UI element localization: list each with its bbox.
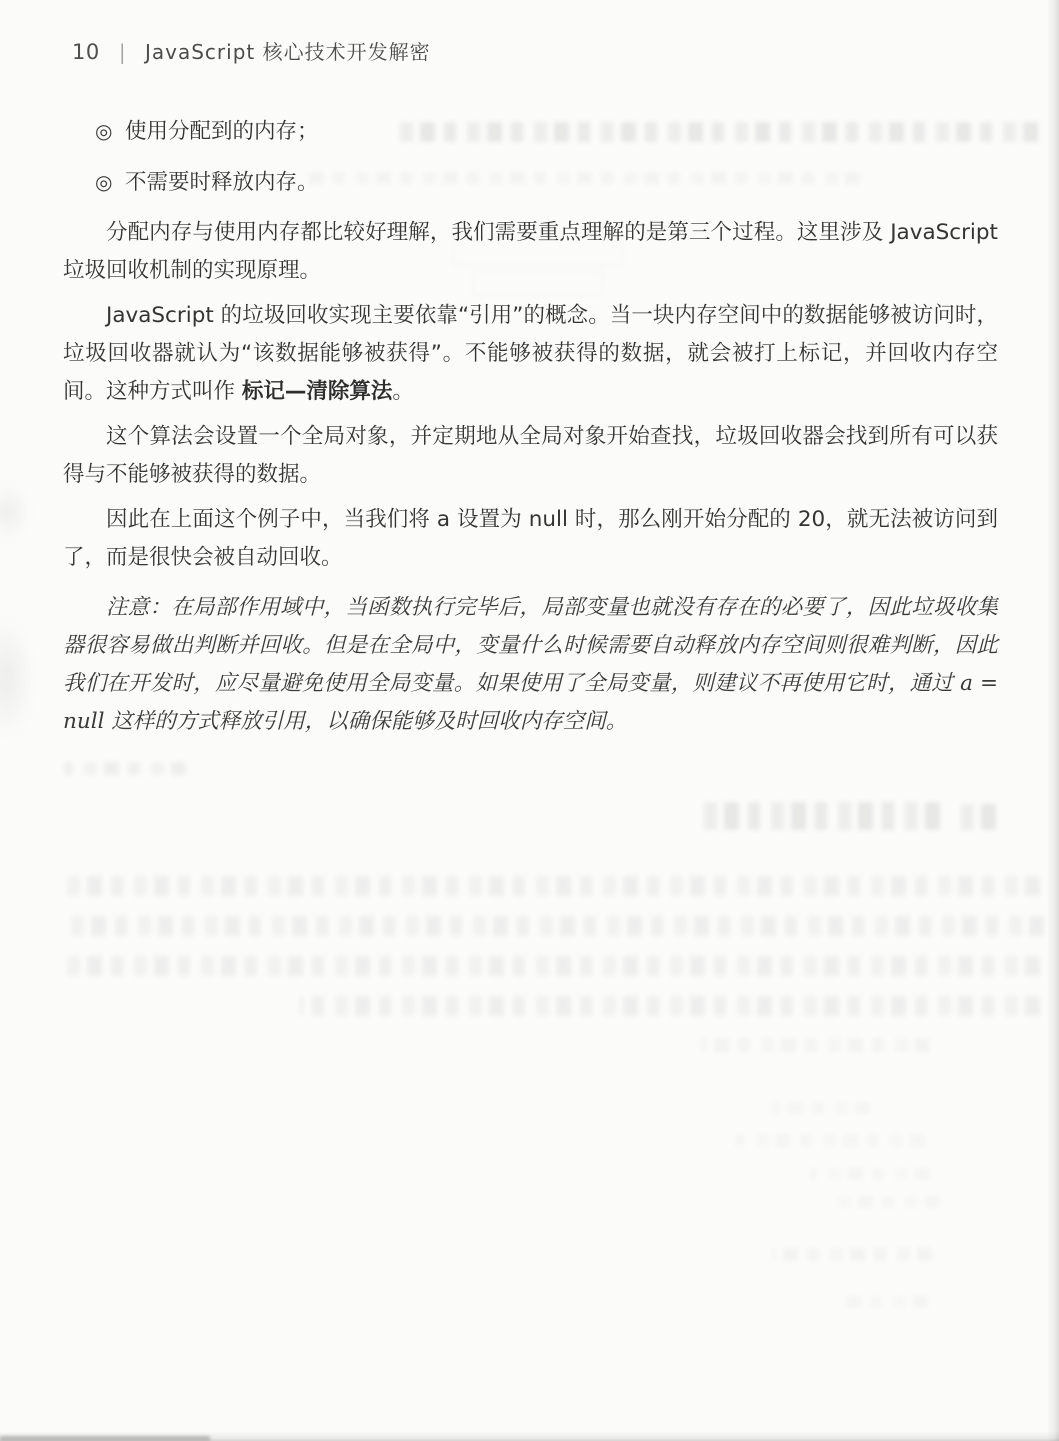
- paragraph-text: 因此在上面这个例子中，当我们将 a 设置为 null 时，那么刚开始分配的 20…: [63, 507, 998, 570]
- bleed-through-heading: [952, 804, 996, 830]
- scan-edge-right: [1047, 0, 1059, 1441]
- bleed-through-line: [62, 876, 1040, 896]
- paragraph-text: 分配内存与使用内存都比较好理解，我们需要重点理解的是第三个过程。这里涉及 Jav…: [63, 220, 998, 283]
- bleed-through-fragment: [830, 1196, 940, 1208]
- book-page-scan: 10 | JavaScript 核心技术开发解密 ◎ 使用分配到的内存； ◎ 不…: [0, 0, 1059, 1441]
- paragraph: 这个算法会设置一个全局对象，并定期地从全局对象开始查找，垃圾回收器会找到所有可以…: [63, 418, 998, 494]
- page-content: ◎ 使用分配到的内存； ◎ 不需要时释放内存。 分配内存与使用内存都比较好理解，…: [63, 106, 998, 763]
- bleed-through-heading: [700, 802, 940, 830]
- list-item: ◎ 使用分配到的内存；: [95, 112, 998, 151]
- paragraph-text: JavaScript 的垃圾回收实现主要依靠“引用”的概念。当一块内存空间中的数…: [63, 303, 998, 404]
- bleed-through-fragment: [64, 762, 186, 775]
- page-number: 10: [72, 40, 100, 64]
- paragraph-text: 。: [392, 379, 414, 404]
- note-label: 注意：: [106, 595, 171, 620]
- paragraph: 分配内存与使用内存都比较好理解，我们需要重点理解的是第三个过程。这里涉及 Jav…: [63, 214, 998, 290]
- bleed-through-fragment: [735, 1134, 925, 1147]
- bleed-through-fragment: [772, 1248, 932, 1261]
- scan-edge-bottom-left: [0, 1436, 210, 1441]
- bleed-through-fragment: [810, 1168, 930, 1180]
- scan-smudge: [0, 486, 28, 538]
- bullet-icon: ◎: [95, 112, 125, 150]
- bleed-through-fragment: [838, 1296, 928, 1308]
- bullet-text: 使用分配到的内存；: [125, 113, 319, 151]
- paragraph: 因此在上面这个例子中，当我们将 a 设置为 null 时，那么刚开始分配的 20…: [63, 501, 998, 577]
- scan-smudge: [0, 618, 32, 738]
- running-head: 10 | JavaScript 核心技术开发解密: [72, 36, 431, 65]
- scan-edge-bottom: [0, 1431, 1059, 1441]
- paragraph: JavaScript 的垃圾回收实现主要依靠“引用”的概念。当一块内存空间中的数…: [63, 297, 998, 411]
- bleed-through-fragment: [700, 1038, 930, 1052]
- bullet-icon: ◎: [95, 163, 125, 201]
- bold-term: 标记—清除算法: [242, 379, 393, 404]
- bleed-through-line: [60, 916, 1044, 936]
- bleed-through-fragment: [770, 1102, 870, 1114]
- paragraph-text: 这个算法会设置一个全局对象，并定期地从全局对象开始查找，垃圾回收器会找到所有可以…: [63, 424, 998, 487]
- bullet-text: 不需要时释放内存。: [125, 164, 319, 202]
- list-item: ◎ 不需要时释放内存。: [95, 163, 998, 202]
- bleed-through-line: [58, 956, 1040, 976]
- note-text: 在局部作用域中，当函数执行完毕后，局部变量也就没有存在的必要了，因此垃圾收集器很…: [63, 595, 998, 734]
- header-separator: |: [119, 40, 126, 64]
- note-paragraph: 注意：在局部作用域中，当函数执行完毕后，局部变量也就没有存在的必要了，因此垃圾收…: [63, 589, 998, 741]
- bleed-through-line: [300, 996, 1040, 1016]
- book-title: JavaScript 核心技术开发解密: [145, 36, 431, 65]
